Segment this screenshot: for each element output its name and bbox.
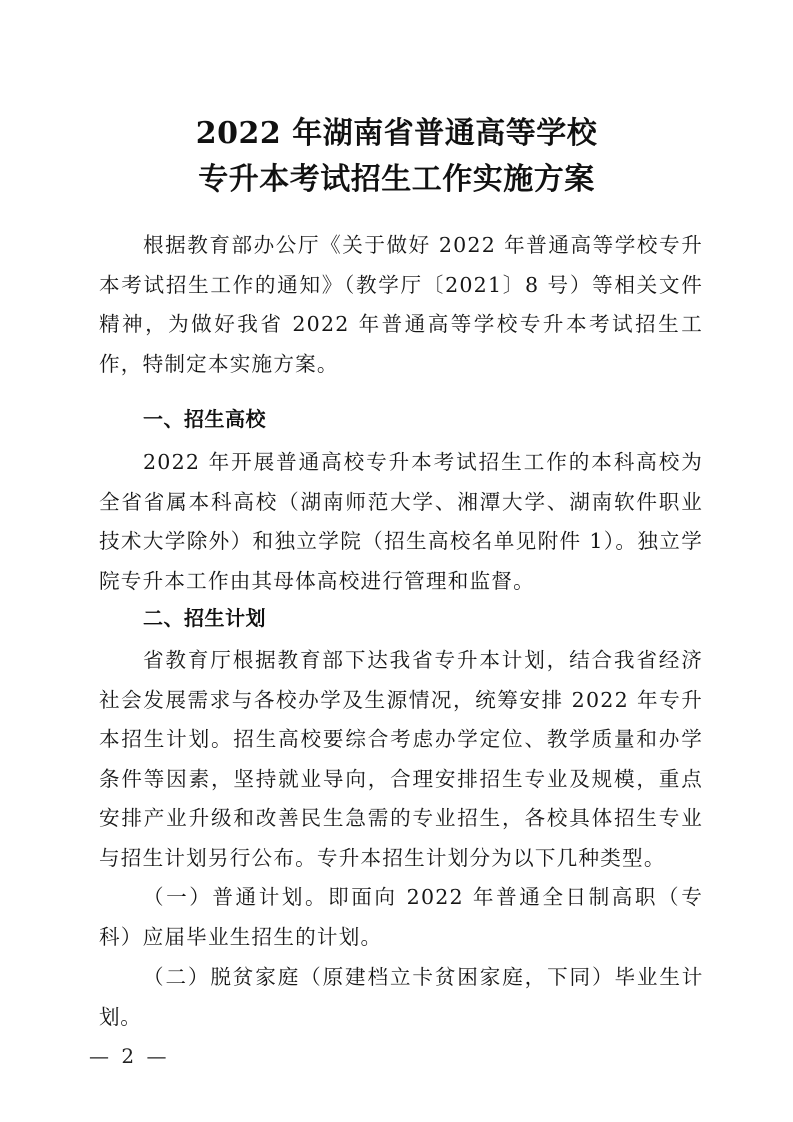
section-heading-2: 二、招生计划 [143, 603, 266, 633]
section-2-paragraph-2: （一）普通计划。即面向 2022 年普通全日制高职（专科）应届毕业生招生的计划。 [99, 878, 703, 957]
document-title-line-2: 专升本考试招生工作实施方案 [0, 160, 793, 200]
page-number: — 2 — [89, 1044, 169, 1068]
section-2-paragraph-3: （二）脱贫家庭（原建档立卡贫困家庭，下同）毕业生计划。 [99, 958, 703, 1037]
section-1-paragraph-1: 2022 年开展普通高校专升本考试招生工作的本科高校为全省省属本科高校（湖南师范… [99, 443, 703, 601]
intro-paragraph: 根据教育部办公厅《关于做好 2022 年普通高等学校专升本考试招生工作的通知》（… [99, 226, 703, 384]
document-title-line-1: 2022 年湖南省普通高等学校 [0, 114, 793, 154]
section-2-paragraph-1: 省教育厅根据教育部下达我省专升本计划，结合我省经济社会发展需求与各校办学及生源情… [99, 641, 703, 879]
section-heading-1: 一、招生高校 [143, 404, 266, 434]
